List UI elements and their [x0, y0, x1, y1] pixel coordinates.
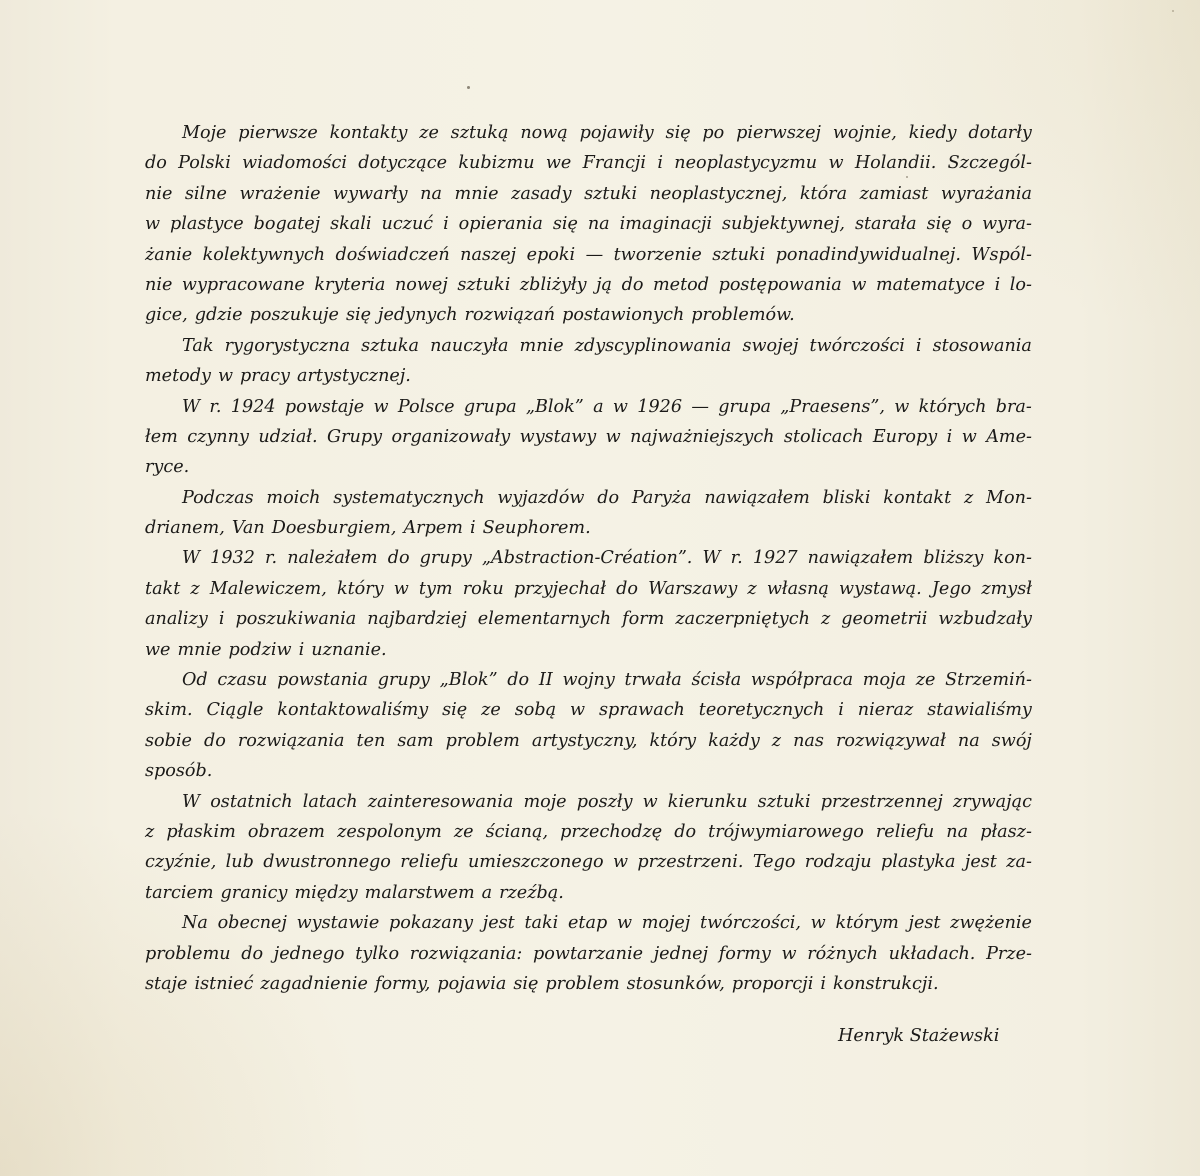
paragraph: W1932r.należałemdogrupy„Abstraction-Créa… — [145, 543, 1032, 665]
text-line: Odczasupowstaniagrupy„Blok”doIIwojnytrwa… — [145, 665, 1032, 695]
paper-speck — [1172, 10, 1174, 12]
text-line: Naobecnejwystawiepokazanyjesttakietapwmo… — [145, 908, 1032, 938]
text-line: sposób. — [145, 756, 1032, 786]
scanned-page: Mojepierwszekontaktyzesztukąnowąpojawiły… — [0, 0, 1200, 1176]
text-line: ryce. — [145, 452, 1032, 482]
text-line: czyźnie,lubdwustronnegoreliefuumieszczon… — [145, 847, 1032, 877]
text-line: stajeistniećzagadnienieformy,pojawiasięp… — [145, 969, 1032, 999]
text-line: gice,gdzieposzukujesięjedynychrozwiązańp… — [145, 300, 1032, 330]
text-line: skim.Ciąglekontaktowaliśmysięzesobąwspra… — [145, 695, 1032, 725]
text-line: taktzMalewiczem,którywtymrokuprzyjechałd… — [145, 574, 1032, 604]
author-signature: Henryk Stażewski — [838, 1021, 999, 1051]
document-body: Mojepierwszekontaktyzesztukąnowąpojawiły… — [145, 118, 1032, 999]
text-line: żaniekolektywnychdoświadczeńnaszejepoki—… — [145, 240, 1032, 270]
paper-speck — [467, 86, 470, 89]
text-line: metodywpracyartystycznej. — [145, 361, 1032, 391]
paragraph: Wostatnichlatachzainteresowaniamojeposzł… — [145, 787, 1032, 909]
paragraph: Mojepierwszekontaktyzesztukąnowąpojawiły… — [145, 118, 1032, 331]
text-line: Wostatnichlatachzainteresowaniamojeposzł… — [145, 787, 1032, 817]
text-line: tarciemgranicymiędzymalarstwemarzeźbą. — [145, 878, 1032, 908]
text-line: wemniepodziwiuznanie. — [145, 635, 1032, 665]
paragraph: Naobecnejwystawiepokazanyjesttakietapwmo… — [145, 908, 1032, 999]
paragraph: PodczasmoichsystematycznychwyjazdówdoPar… — [145, 483, 1032, 544]
text-line: wplastycebogatejskaliuczućiopieraniasięn… — [145, 209, 1032, 239]
text-line: Wr.1924powstajewPolscegrupa„Blok”aw1926—… — [145, 392, 1032, 422]
text-line: PodczasmoichsystematycznychwyjazdówdoPar… — [145, 483, 1032, 513]
text-line: analizyiposzukiwanianajbardziejelementar… — [145, 604, 1032, 634]
text-line: sobiedorozwiązaniatensamproblemartystycz… — [145, 726, 1032, 756]
text-line: drianem,VanDoesburgiem,ArpemiSeuphorem. — [145, 513, 1032, 543]
paragraph: Odczasupowstaniagrupy„Blok”doIIwojnytrwa… — [145, 665, 1032, 787]
text-line: niewypracowanekryterianowejsztukizbliżył… — [145, 270, 1032, 300]
text-line: Mojepierwszekontaktyzesztukąnowąpojawiły… — [145, 118, 1032, 148]
text-line: niesilnewrażeniewywarłynamniezasadysztuk… — [145, 179, 1032, 209]
text-line: Takrygorystycznasztukanauczyłamniezdyscy… — [145, 331, 1032, 361]
text-line: problemudojednegotylkorozwiązania:powtar… — [145, 939, 1032, 969]
text-line: zpłaskimobrazemzespolonymześcianą,przech… — [145, 817, 1032, 847]
paragraph: Wr.1924powstajewPolscegrupa„Blok”aw1926—… — [145, 392, 1032, 483]
text-line: doPolskiwiadomościdotyczącekubizmuweFran… — [145, 148, 1032, 178]
text-line: łemczynnyudział.Grupyorganizowaływystawy… — [145, 422, 1032, 452]
text-line: W1932r.należałemdogrupy„Abstraction-Créa… — [145, 543, 1032, 573]
paragraph: Takrygorystycznasztukanauczyłamniezdyscy… — [145, 331, 1032, 392]
